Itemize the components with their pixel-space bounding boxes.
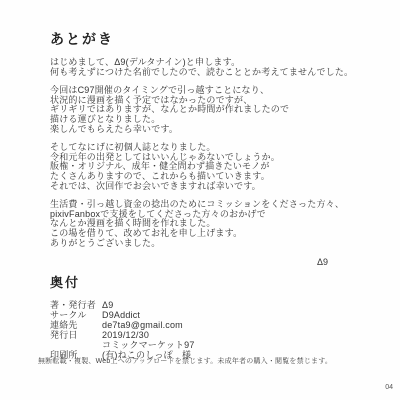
afterword-paragraph-first-book: そしてなにげに初個人誌となりました。 令和元年の出発としてはいいんじゃあないでし… (50, 143, 370, 191)
scanned-doujinshi-page: あとがき はじめまして、Δ9(デルタナイン)と申します。 何も考えずにつけた名前… (0, 0, 400, 400)
copyright-notice: 無断転載・複製、Web上へのアップロードを禁じます。未成年者の購入・閲覧を禁じま… (38, 356, 332, 366)
colophon-label-circle: サークル (50, 310, 102, 320)
colophon-value-circle: D9Addict (102, 310, 370, 320)
afterword-heading: あとがき (50, 30, 370, 48)
colophon-row-circle: サークル D9Addict (50, 310, 370, 320)
colophon-row-author: 著・発行者 Δ9 (50, 300, 370, 310)
colophon-label-publish-date: 発行日 (50, 330, 102, 340)
colophon-heading: 奥付 (50, 275, 370, 291)
colophon-label-contact: 連絡先 (50, 320, 102, 330)
page-number: 04 (385, 384, 393, 391)
afterword-paragraph-c97-move: 今回はC97開催のタイミングで引っ越すことになり、 状況的に漫画を描く予定ではな… (50, 86, 370, 134)
colophon-value-event: コミックマーケット97 (102, 340, 370, 350)
colophon-row-contact: 連絡先 de7ta9@gmail.com (50, 320, 370, 330)
colophon-value-author: Δ9 (102, 300, 370, 310)
colophon-value-contact-email: de7ta9@gmail.com (102, 320, 370, 330)
colophon-value-publish-date: 2019/12/30 (102, 330, 370, 340)
afterword-paragraph-intro: はじめまして、Δ9(デルタナイン)と申します。 何も考えずにつけた名前でしたので… (50, 58, 370, 77)
colophon-label-author: 著・発行者 (50, 300, 102, 310)
colophon-row-publish-date: 発行日 2019/12/30 (50, 330, 370, 340)
colophon-row-event: コミックマーケット97 (50, 340, 370, 350)
page-content: あとがき はじめまして、Δ9(デルタナイン)と申します。 何も考えずにつけた名前… (50, 30, 370, 360)
afterword-paragraph-thanks: 生活費・引っ越し資金の捻出のためにコミッションをくださった方々、 pixivFa… (50, 200, 370, 248)
colophon-label-empty (50, 340, 102, 350)
author-signature: Δ9 (50, 257, 370, 267)
